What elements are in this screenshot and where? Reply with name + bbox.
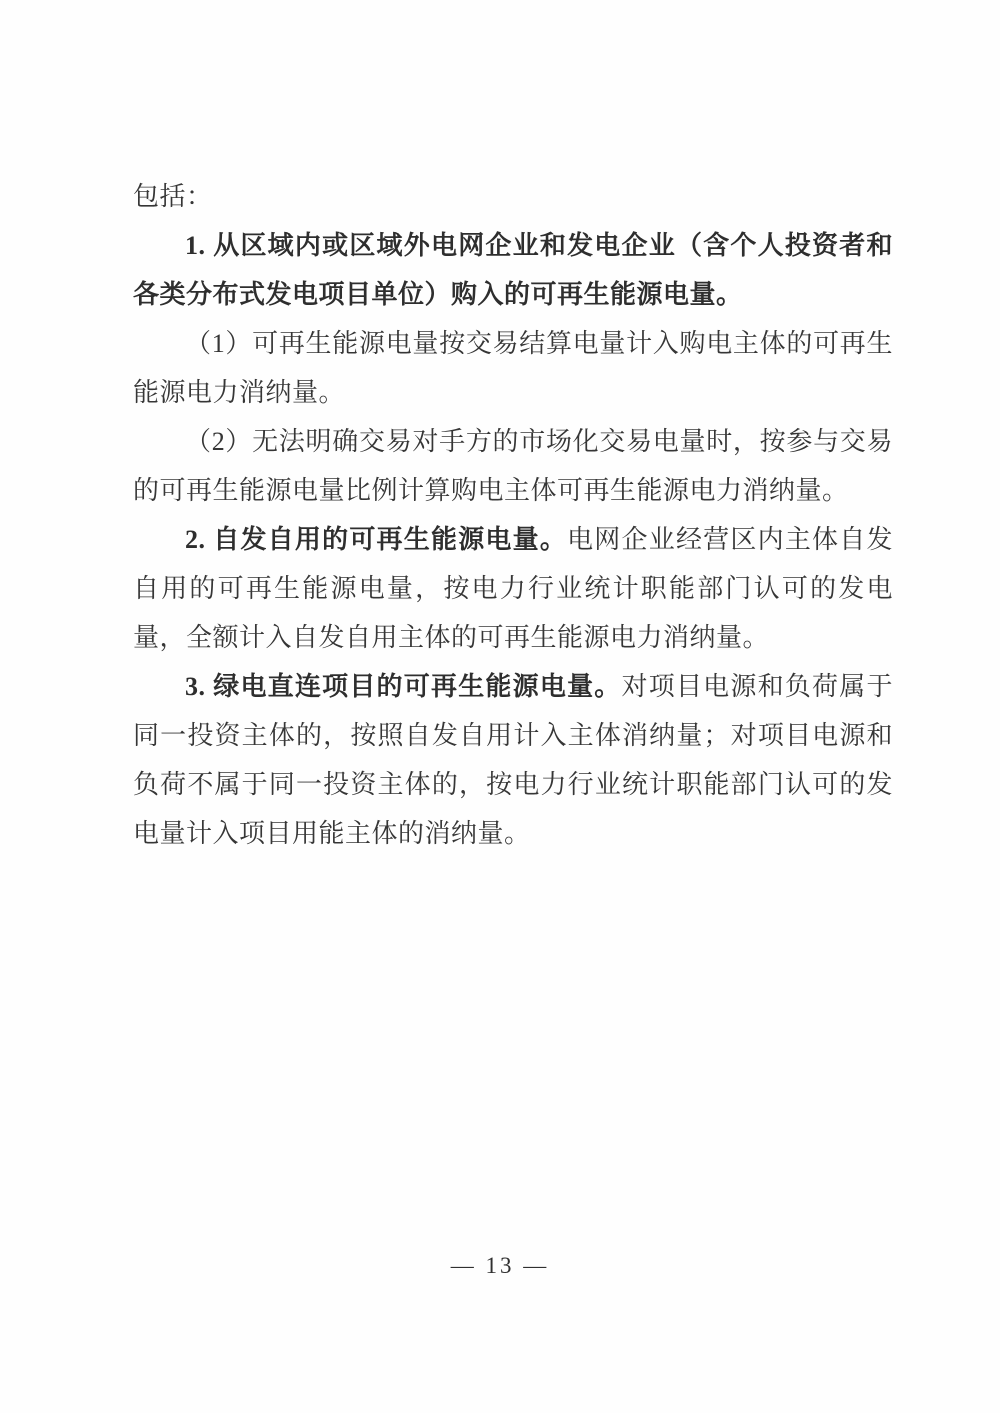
body-text-segment: （1）可再生能源电量按交易结算电量计入购电主体的可再生能源电力消纳量。 [133,329,893,407]
paragraph: 2. 自发自用的可再生能源电量。电网企业经营区内主体自发自用的可再生能源电量，按… [133,515,893,662]
body-text-segment: 包括： [133,182,213,211]
paragraph: 1. 从区域内或区域外电网企业和发电企业（含个人投资者和各类分布式发电项目单位）… [133,221,893,319]
page-number: — 13 — [451,1253,550,1278]
paragraph: 包括： [133,172,893,221]
paragraph: （1）可再生能源电量按交易结算电量计入购电主体的可再生能源电力消纳量。 [133,319,893,417]
emphasis-text: 1. 从区域内或区域外电网企业和发电企业（含个人投资者和各类分布式发电项目单位）… [133,231,893,309]
paragraph: 3. 绿电直连项目的可再生能源电量。对项目电源和负荷属于同一投资主体的，按照自发… [133,662,893,858]
document-body: 包括：1. 从区域内或区域外电网企业和发电企业（含个人投资者和各类分布式发电项目… [133,172,893,858]
document-page: 包括：1. 从区域内或区域外电网企业和发电企业（含个人投资者和各类分布式发电项目… [0,0,1000,1413]
page-footer: — 13 — [0,1250,1000,1282]
body-text-segment: （2）无法明确交易对手方的市场化交易电量时，按参与交易的可再生能源电量比例计算购… [133,427,893,505]
emphasis-text: 2. 自发自用的可再生能源电量。 [185,525,567,554]
emphasis-text: 3. 绿电直连项目的可再生能源电量。 [185,672,622,701]
paragraph: （2）无法明确交易对手方的市场化交易电量时，按参与交易的可再生能源电量比例计算购… [133,417,893,515]
